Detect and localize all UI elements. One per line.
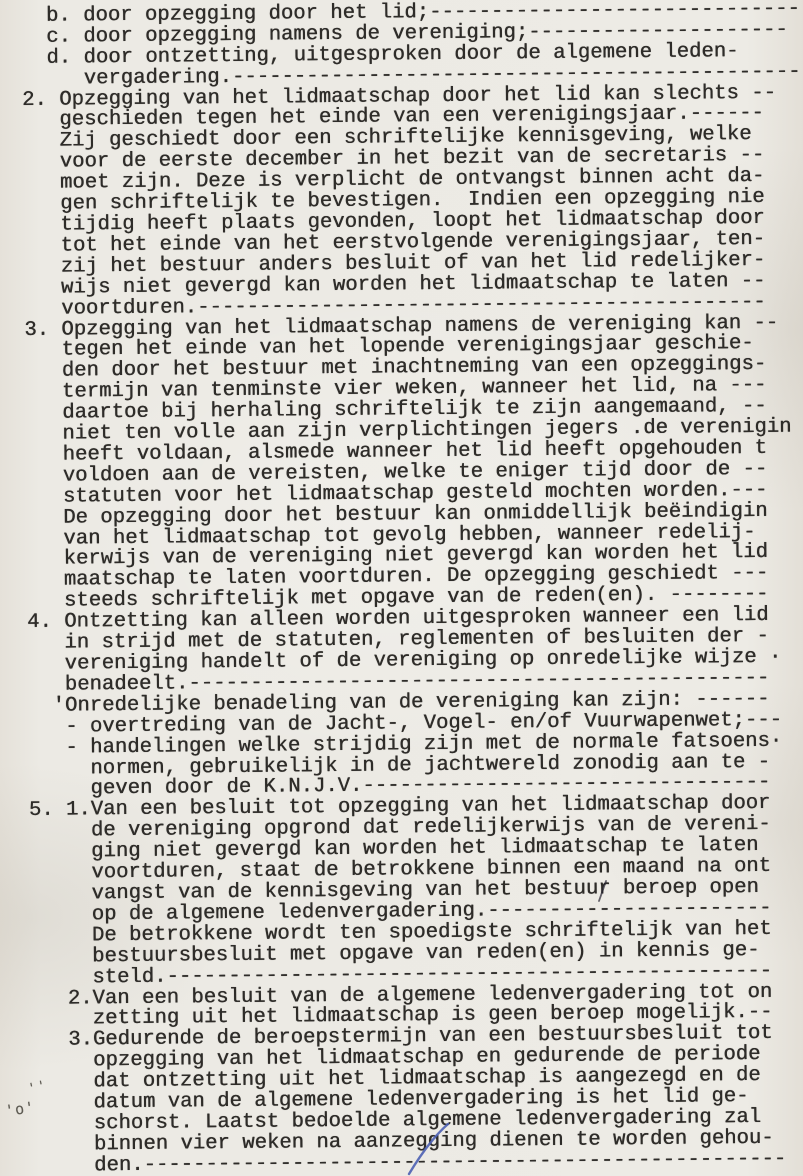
scanned-document-page: ------------------------------ b. door o… [0, 0, 803, 1176]
blue-pen-stroke [406, 1122, 452, 1176]
typewritten-text: ------------------------------ b. door o… [21, 0, 803, 1176]
pen-mark [597, 879, 609, 903]
